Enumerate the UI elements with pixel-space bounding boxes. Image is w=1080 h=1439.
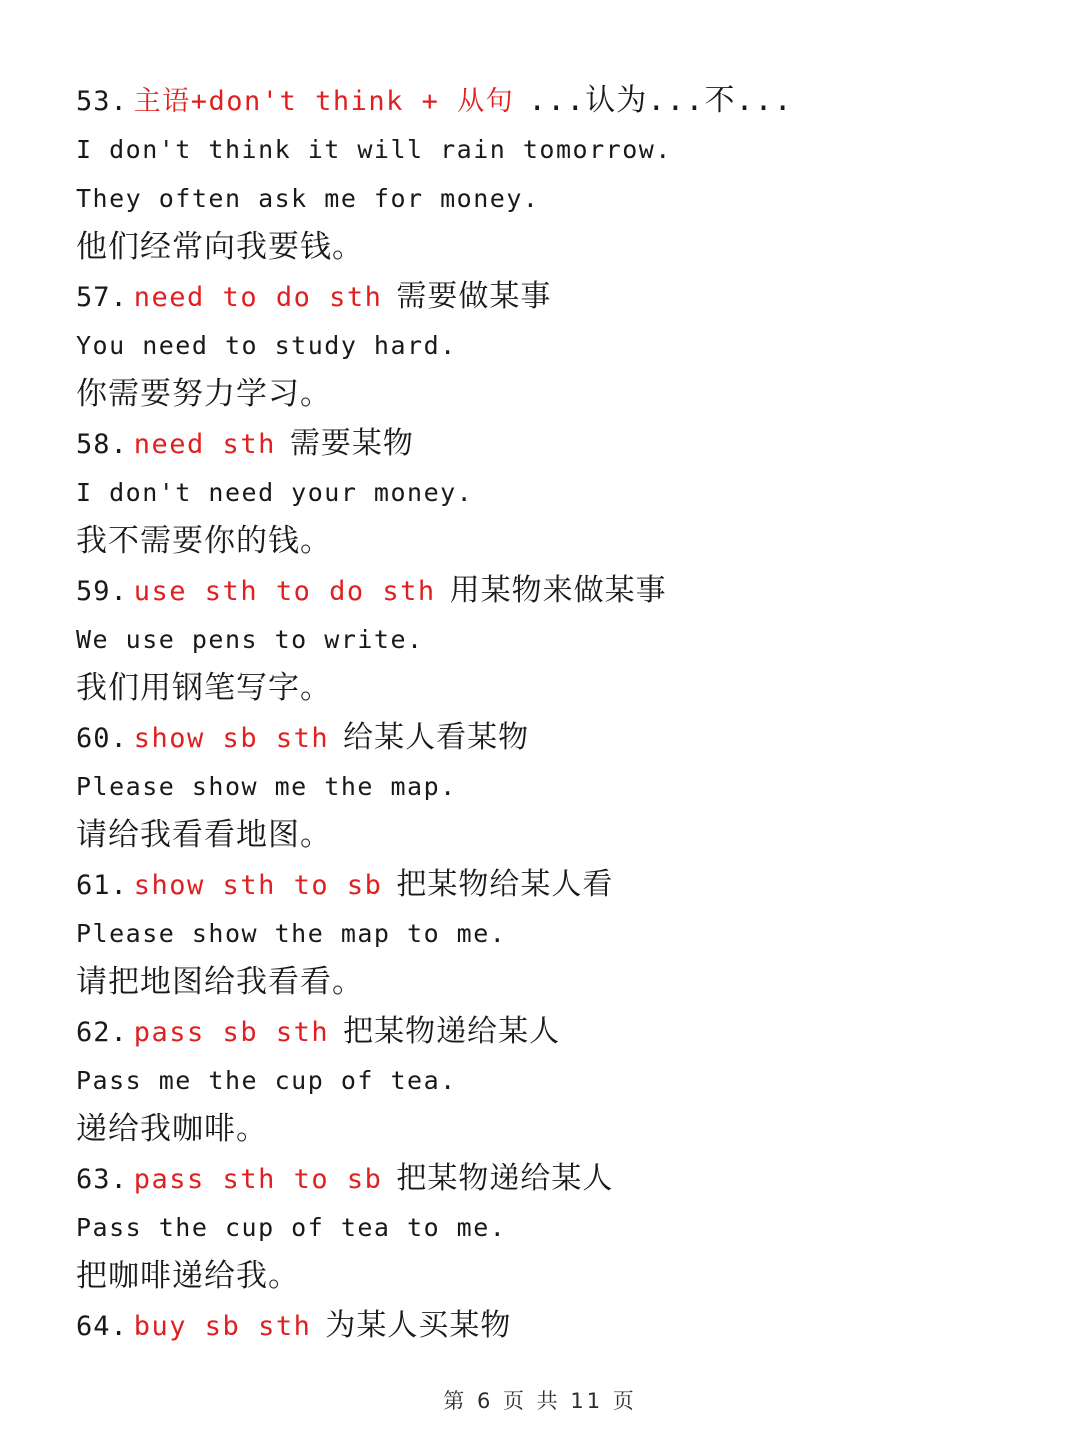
chinese-translation: 递给我咖啡。 (76, 1105, 1050, 1154)
page-number-text: 第 6 页 共 11 页 (443, 1389, 636, 1413)
chinese-translation: 请把地图给我看看。 (76, 958, 1050, 1007)
english-example: We use pens to write. (76, 615, 1050, 664)
item-number: 62. (76, 1008, 128, 1057)
chinese-translation: 他们经常向我要钱。 (76, 223, 1050, 272)
pattern-meaning: 需要某物 (290, 419, 414, 468)
pattern-heading: 61. show sth to sb 把某物给某人看 (76, 860, 1050, 909)
pattern-heading: 58. need sth 需要某物 (76, 419, 1050, 468)
item-number: 64. (76, 1302, 128, 1351)
pattern-heading: 53. 主语+don't think + 从句 ...认为...不... (76, 76, 1050, 125)
pattern-meaning: 把某物递给某人 (343, 1007, 560, 1056)
english-example: Pass the cup of tea to me. (76, 1203, 1050, 1252)
pattern-meaning: 把某物给某人看 (396, 860, 613, 909)
chinese-translation: 我不需要你的钱。 (76, 517, 1050, 566)
pattern-text: use sth to do sth (134, 567, 436, 616)
pattern-meaning: 把某物递给某人 (396, 1154, 613, 1203)
pattern-text: pass sth to sb (134, 1155, 383, 1204)
chinese-translation: 把咖啡递给我。 (76, 1252, 1050, 1301)
item-number: 61. (76, 861, 128, 910)
item-number: 60. (76, 714, 128, 763)
english-example: I don't need your money. (76, 468, 1050, 517)
pattern-text: pass sb sth (134, 1008, 329, 1057)
document-page: 53. 主语+don't think + 从句 ...认为...不... I d… (0, 0, 1080, 1439)
pattern-text: need sth (134, 420, 276, 469)
pattern-heading: 59. use sth to do sth 用某物来做某事 (76, 566, 1050, 615)
pattern-meaning: 给某人看某物 (343, 713, 529, 762)
chinese-translation: 我们用钢笔写字。 (76, 664, 1050, 713)
english-example: Please show the map to me. (76, 909, 1050, 958)
pattern-heading: 60. show sb sth 给某人看某物 (76, 713, 1050, 762)
item-number: 58. (76, 420, 128, 469)
phrase-list: 53. 主语+don't think + 从句 ...认为...不... I d… (76, 76, 1050, 1350)
pattern-meaning: 用某物来做某事 (450, 566, 667, 615)
item-number: 63. (76, 1155, 128, 1204)
pattern-text: 主语+don't think + 从句 (134, 77, 514, 126)
english-example: You need to study hard. (76, 321, 1050, 370)
pattern-heading: 57. need to do sth 需要做某事 (76, 272, 1050, 321)
pattern-meaning: 需要做某事 (396, 272, 551, 321)
chinese-translation: 你需要努力学习。 (76, 370, 1050, 419)
english-example: Pass me the cup of tea. (76, 1056, 1050, 1105)
pattern-text: show sb sth (134, 714, 329, 763)
pattern-text: show sth to sb (134, 861, 383, 910)
item-number: 53. (76, 77, 128, 126)
item-number: 57. (76, 273, 128, 322)
chinese-translation: 请给我看看地图。 (76, 811, 1050, 860)
english-example: I don't think it will rain tomorrow. (76, 125, 1050, 174)
english-example: Please show me the map. (76, 762, 1050, 811)
english-example: They often ask me for money. (76, 174, 1050, 223)
page-footer: 第 6 页 共 11 页 (0, 1385, 1080, 1415)
pattern-meaning: 为某人买某物 (325, 1301, 511, 1350)
pattern-text: need to do sth (134, 273, 383, 322)
pattern-heading: 63. pass sth to sb 把某物递给某人 (76, 1154, 1050, 1203)
pattern-heading: 64. buy sb sth 为某人买某物 (76, 1301, 1050, 1350)
item-number: 59. (76, 567, 128, 616)
pattern-heading: 62. pass sb sth 把某物递给某人 (76, 1007, 1050, 1056)
pattern-meaning: ...认为...不... (528, 76, 793, 125)
pattern-text: buy sb sth (134, 1302, 312, 1351)
